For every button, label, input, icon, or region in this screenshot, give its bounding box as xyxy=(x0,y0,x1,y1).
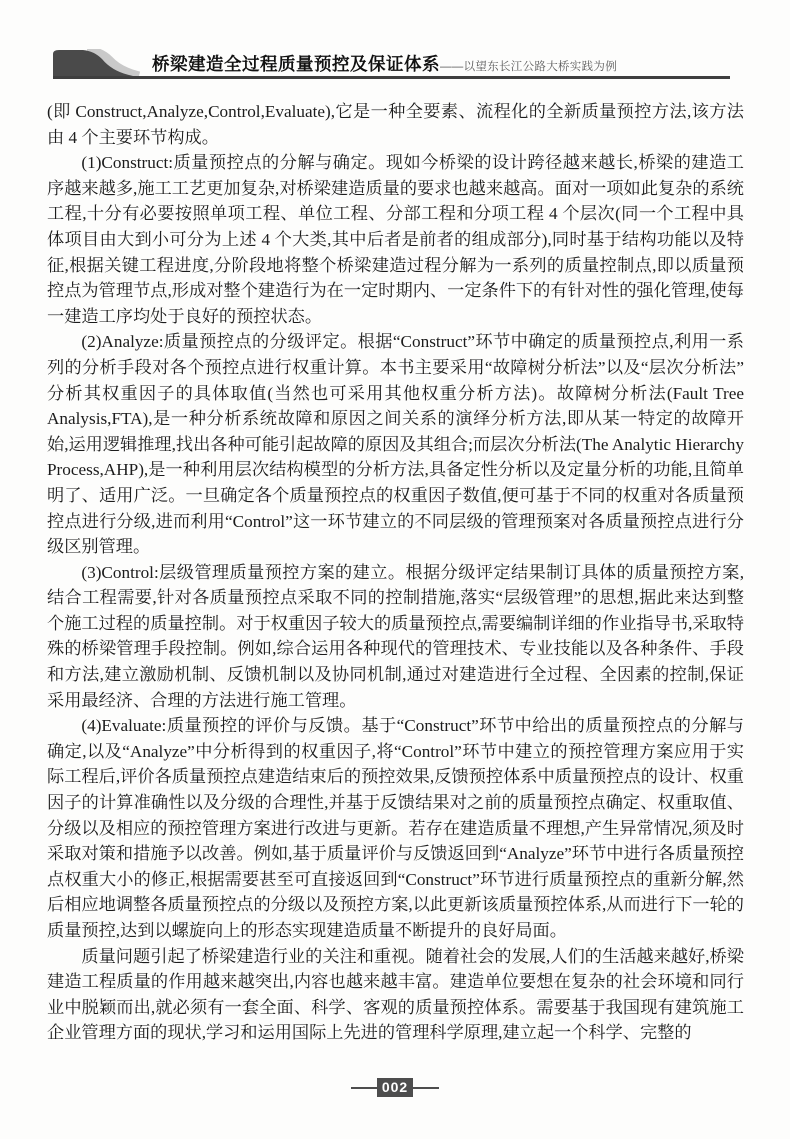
paragraph-evaluate: (4)Evaluate:质量预控的评价与反馈。基于“Construct”环节中给… xyxy=(47,713,744,943)
page-header: 桥梁建造全过程质量预控及保证体系——以望东长江公路大桥实践为例 xyxy=(0,0,790,90)
paragraph-analyze: (2)Analyze:质量预控点的分级评定。根据“Construct”环节中确定… xyxy=(47,329,744,559)
book-page: 桥梁建造全过程质量预控及保证体系——以望东长江公路大桥实践为例 (即 Const… xyxy=(0,0,790,1139)
paragraph-continuation: (即 Construct,Analyze,Control,Evaluate),它… xyxy=(47,99,744,150)
page-number-badge: 002 xyxy=(377,1078,413,1097)
subtitle-dash: —— xyxy=(440,61,464,73)
header-rule xyxy=(53,76,730,79)
body-text-block: (即 Construct,Analyze,Control,Evaluate),它… xyxy=(47,99,744,1046)
paragraph-control: (3)Control:层级管理质量预控方案的建立。根据分级评定结果制订具体的质量… xyxy=(47,560,744,714)
page-title: 桥梁建造全过程质量预控及保证体系 xyxy=(152,54,440,74)
header-titles: 桥梁建造全过程质量预控及保证体系——以望东长江公路大桥实践为例 xyxy=(152,51,617,76)
paragraph-quality-importance: 质量问题引起了桥梁建造行业的关注和重视。随着社会的发展,人们的生活越来越好,桥梁… xyxy=(47,944,744,1046)
paragraph-construct: (1)Construct:质量预控点的分解与确定。现如今桥梁的设计跨径越来越长,… xyxy=(47,150,744,329)
header-corner-logo-icon xyxy=(53,49,141,77)
page-subtitle: 以望东长江公路大桥实践为例 xyxy=(464,61,617,73)
page-footer: 002 xyxy=(0,1078,790,1097)
page-number-left-dash xyxy=(351,1087,377,1089)
page-number-right-dash xyxy=(413,1087,439,1089)
